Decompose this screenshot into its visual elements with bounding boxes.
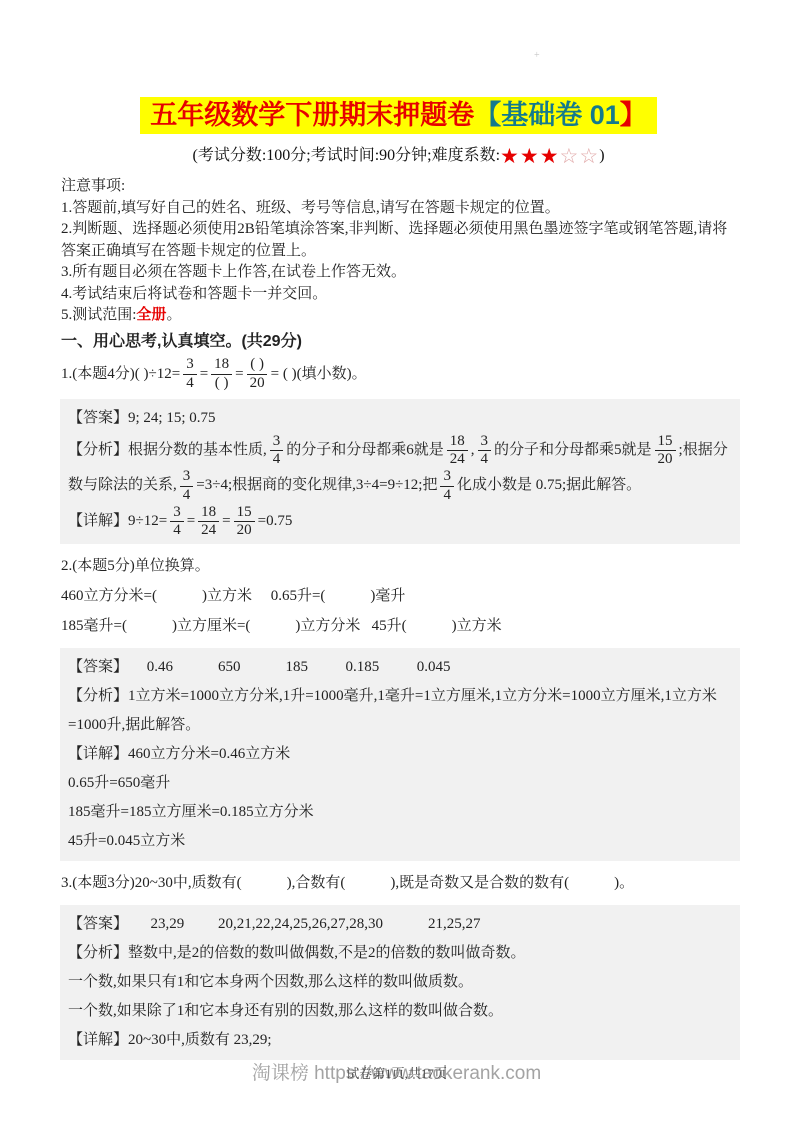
fraction: 34 (440, 468, 454, 504)
title-tag-close: 】 (620, 100, 647, 130)
question-2-detail-2: 0.65升=650毫升 (68, 769, 732, 798)
question-1-explanation: 【答案】9; 24; 15; 0.75 【分析】根据分数的基本性质,34的分子和… (60, 399, 740, 545)
notice-item-1: 1.答题前,填写好自己的姓名、班级、考号等信息,请写在答题卡规定的位置。 (61, 198, 736, 220)
footer-page-info: 试卷第1页,共17页 (0, 1063, 793, 1082)
notice-item-3: 3.所有题目必须在答题卡上作答,在试卷上作答无效。 (61, 262, 736, 284)
question-3-stem: 3.(本题3分)20~30中,质数有( ),合数有( ),既是奇数又是合数的数有… (61, 868, 736, 898)
exam-page: + 五年级数学下册期末押题卷【基础卷 01】 (考试分数:100分;考试时间:9… (0, 0, 793, 1122)
question-3-analysis-1: 【分析】整数中,是2的倍数的数叫做偶数,不是2的倍数的数叫做奇数。 (68, 939, 732, 968)
page-title: 五年级数学下册期末押题卷【基础卷 01】 (61, 95, 736, 135)
page-content: 五年级数学下册期末押题卷【基础卷 01】 (考试分数:100分;考试时间:90分… (0, 0, 793, 1060)
star-rating-empty: ☆☆ (560, 144, 600, 168)
question-2-explanation: 【答案】 0.46 650 185 0.185 0.045 【分析】1立方米=1… (60, 648, 740, 861)
question-2-detail-3: 185毫升=185立方厘米=0.185立方分米 (68, 798, 732, 827)
section-heading: 一、用心思考,认真填空。(共29分) (61, 330, 736, 354)
title-tag: 【基础卷 01 (474, 100, 620, 130)
notices: 注意事项: 1.答题前,填写好自己的姓名、班级、考号等信息,请写在答题卡规定的位… (61, 176, 736, 327)
fraction: 34 (170, 504, 184, 540)
question-3-analysis-3: 一个数,如果除了1和它本身还有别的因数,那么这样的数叫做合数。 (68, 997, 732, 1026)
notice-item-4: 4.考试结束后将试卷和答题卡一并交回。 (61, 284, 736, 306)
scope-highlight: 全册 (136, 307, 166, 323)
question-3-explanation: 【答案】 23,29 20,21,22,24,25,26,27,28,30 21… (60, 905, 740, 1060)
question-2-answer: 【答案】 0.46 650 185 0.185 0.045 (68, 653, 732, 682)
notice-item-5-text: 5.测试范围: (61, 307, 136, 323)
fraction: 1824 (198, 504, 219, 540)
fraction: 34 (478, 433, 492, 469)
fraction: ( )20 (247, 356, 268, 392)
notices-heading: 注意事项: (61, 176, 736, 198)
question-1-stem: 1.(本题4分)( )÷12=34=18( )=( )20= ( )(填小数)。 (61, 356, 736, 392)
title-highlight: 五年级数学下册期末押题卷【基础卷 01】 (140, 97, 657, 134)
question-2-stem: 2.(本题5分)单位换算。 (61, 551, 736, 581)
question-1-detail: 【详解】9÷12=34=1824=1520=0.75 (68, 504, 732, 540)
decor-mark: + (534, 50, 541, 61)
notice-item-5-end: 。 (166, 307, 181, 323)
question-2-blanks-line-2: 185毫升=( )立方厘米=( )立方分米 45升( )立方米 (61, 611, 736, 641)
fraction: 34 (270, 433, 284, 469)
question-1-analysis: 【分析】根据分数的基本性质,34的分子和分母都乘6就是1824,34的分子和分母… (68, 433, 732, 504)
fraction: 1824 (447, 433, 468, 469)
exam-meta: (考试分数:100分;考试时间:90分钟;难度系数:★★★☆☆) (61, 144, 736, 168)
fraction: 34 (183, 356, 197, 392)
fraction: 1520 (234, 504, 255, 540)
fraction: 34 (180, 468, 194, 504)
page-footer: 淘课榜 https://www.taokerank.com 试卷第1页,共17页 (0, 1058, 793, 1092)
question-2-analysis: 【分析】1立方米=1000立方分米,1升=1000毫升,1毫升=1立方厘米,1立… (68, 682, 732, 740)
fraction: 1520 (655, 433, 676, 469)
question-3-answer: 【答案】 23,29 20,21,22,24,25,26,27,28,30 21… (68, 910, 732, 939)
question-3-detail: 【详解】20~30中,质数有 23,29; (68, 1026, 732, 1055)
question-2-detail-1: 【详解】460立方分米=0.46立方米 (68, 740, 732, 769)
exam-meta-text: (考试分数:100分;考试时间:90分钟;难度系数: (192, 147, 500, 164)
question-1-answer: 【答案】9; 24; 15; 0.75 (68, 404, 732, 433)
fraction: 18( ) (211, 356, 232, 392)
title-main: 五年级数学下册期末押题卷 (150, 100, 474, 130)
question-2-detail-4: 45升=0.045立方米 (68, 827, 732, 856)
exam-meta-close: ) (599, 147, 604, 164)
notice-item-2: 2.判断题、选择题必须使用2B铅笔填涂答案,非判断、选择题必须使用黑色墨迹签字笔… (61, 219, 736, 262)
notice-item-5: 5.测试范围:全册。 (61, 305, 736, 327)
star-rating-filled: ★★★ (500, 144, 559, 168)
question-2-blanks-line-1: 460立方分米=( )立方米 0.65升=( )毫升 (61, 581, 736, 611)
question-3-analysis-2: 一个数,如果只有1和它本身两个因数,那么这样的数叫做质数。 (68, 968, 732, 997)
